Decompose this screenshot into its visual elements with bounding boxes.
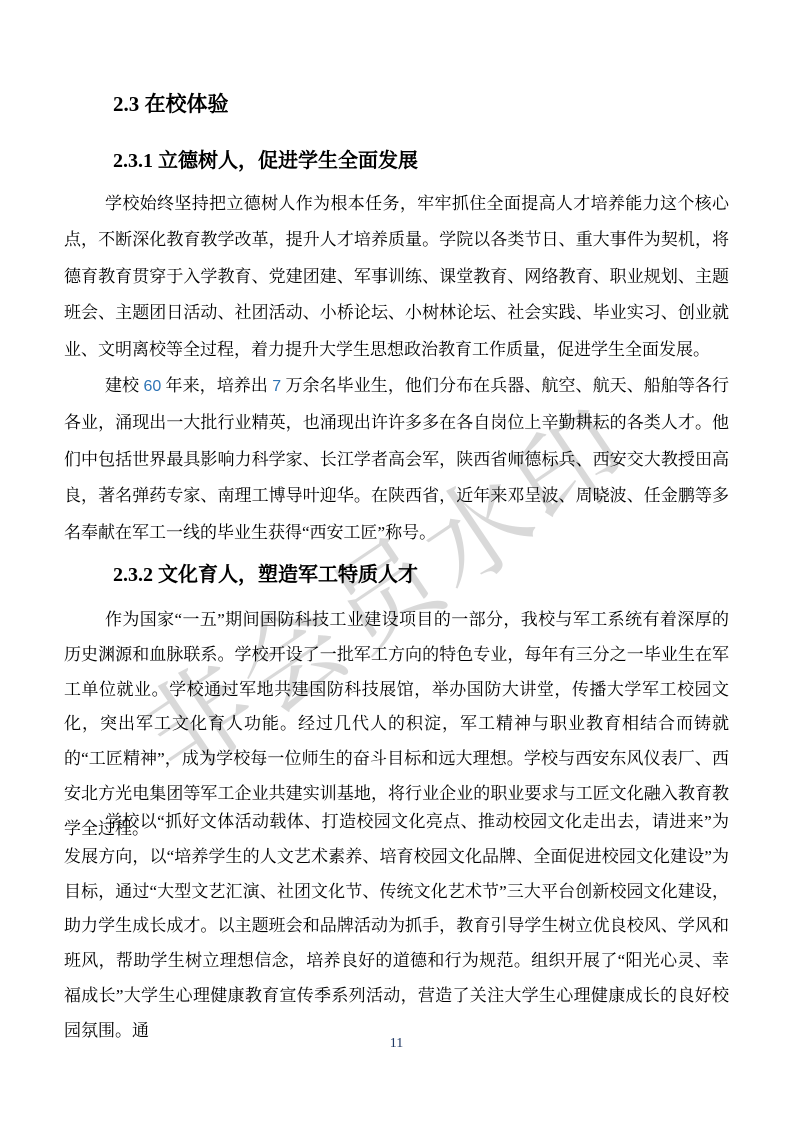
page-content: 2.3 在校体验 2.3.1 立德树人，促进学生全面发展 学校始终坚持把立德树人…	[0, 0, 793, 1122]
paragraph-2: 建校 60 年来，培养出 7 万余名毕业生，他们分布在兵器、航空、航天、船舶等各…	[64, 368, 729, 551]
paragraph-4: 学校以“抓好文体活动载体、打造校园文化亮点、推动校园文化走出去，请进来”为发展方…	[64, 805, 729, 1049]
paragraph-2-text-a: 建校	[105, 376, 143, 395]
paragraph-1: 学校始终坚持把立德树人作为根本任务，牢牢抓住全面提高人才培养能力这个核心点，不断…	[64, 186, 729, 368]
paragraph-2-text-b: 年来，培养出	[161, 376, 272, 395]
section-heading: 2.3 在校体验	[113, 88, 229, 118]
paragraph-2-text-c: 万余名毕业生，他们分布在兵器、航空、航天、船舶等各行各业，涌现出一大批行业精英，…	[64, 376, 729, 542]
subsection-heading-231: 2.3.1 立德树人，促进学生全面发展	[113, 144, 418, 173]
page-number: 11	[0, 1036, 793, 1052]
paragraph-1-text: 学校始终坚持把立德树人作为根本任务，牢牢抓住全面提高人才培养能力这个核心点，不断…	[64, 194, 729, 359]
document-page: 非会员水印 2.3 在校体验 2.3.1 立德树人，促进学生全面发展 学校始终坚…	[0, 0, 793, 1122]
subsection-heading-232: 2.3.2 文化育人，塑造军工特质人才	[113, 558, 418, 587]
paragraph-4-text: 学校以“抓好文体活动载体、打造校园文化亮点、推动校园文化走出去，请进来”为发展方…	[64, 812, 729, 1040]
years-number: 60	[143, 378, 161, 395]
paragraph-3-text: 作为国家“一五”期间国防科技工业建设项目的一部分，我校与军工系统有着深厚的历史渊…	[64, 610, 729, 838]
graduates-number: 7	[272, 378, 281, 395]
